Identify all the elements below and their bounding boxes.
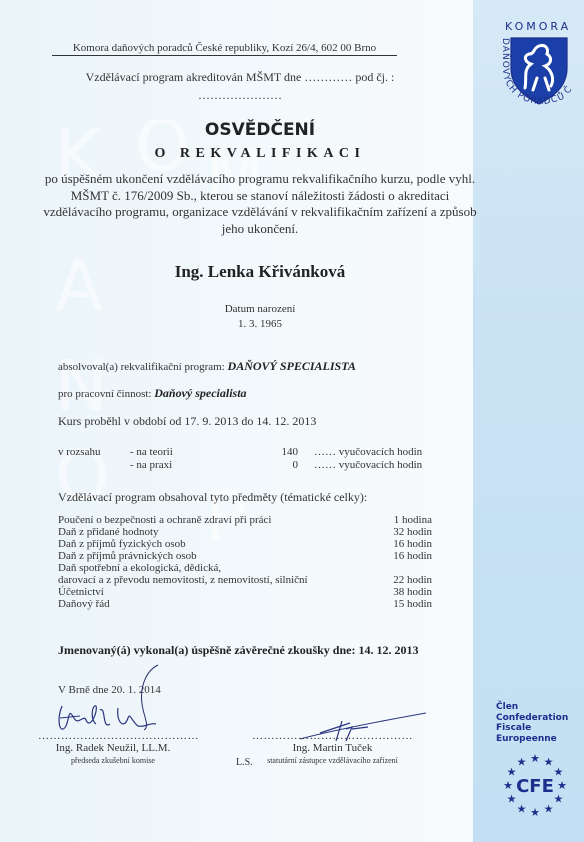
- svg-text:★: ★: [503, 779, 513, 792]
- program-value: DAŇOVÝ SPECIALISTA: [228, 359, 356, 373]
- subjects-heading: Vzdělávací program obsahoval tyto předmě…: [58, 490, 367, 505]
- person-name: Ing. Lenka Křivánková: [40, 262, 480, 282]
- subjects-list: Poučení o bezpečnosti a ochraně zdraví p…: [58, 514, 432, 610]
- subject-row: Daň z přidané hodnoty32 hodin: [58, 526, 432, 538]
- program-label: absolvoval(a) rekvalifikační program:: [58, 361, 228, 373]
- subject-row: Poučení o bezpečnosti a ochraně zdraví p…: [58, 514, 432, 526]
- header-rule: [52, 55, 397, 56]
- svg-text:★: ★: [507, 766, 517, 779]
- dob-value: 1. 3. 1965: [40, 318, 480, 330]
- certificate-subtitle: O REKVALIFIKACI: [40, 146, 480, 162]
- accreditation-block: Vzdělávací program akreditován MŠMT dne …: [60, 68, 420, 104]
- cfe-stars-icon: CFE ★★★★★★★★★★★★: [500, 750, 570, 820]
- svg-text:★: ★: [553, 793, 563, 806]
- activity-value: Daňový specialista: [154, 386, 246, 400]
- subject-hours: 38 hodin: [393, 586, 432, 598]
- svg-text:CFE: CFE: [516, 776, 554, 797]
- exam-line: Jmenovaný(á) vykonal(a) úspěšně závěrečn…: [58, 643, 418, 658]
- subject-hours: 16 hodin: [393, 538, 432, 550]
- subject-hours: 22 hodin: [393, 574, 432, 586]
- header-address: Komora daňových poradců České republiky,…: [52, 42, 397, 54]
- svg-text:★: ★: [544, 756, 554, 769]
- subject-row: Účetnictví38 hodin: [58, 586, 432, 598]
- signatory-role: předseda zkušební komise: [38, 755, 188, 767]
- hours-row-theory: v rozsahu - na teorii 140 …… vyučovacích…: [58, 446, 438, 460]
- hours-kind: - na praxi: [130, 459, 172, 471]
- accreditation-line: Vzdělávací program akreditován MŠMT dne …: [60, 68, 420, 86]
- certificate-title: OSVĚDČENÍ: [40, 120, 480, 140]
- activity-label: pro pracovní činnost:: [58, 388, 154, 400]
- cfe-membership-text: Člen Confederation Fiscale Europeenne: [496, 702, 581, 744]
- subject-hours: 16 hodin: [393, 550, 432, 562]
- subject-row: Daň z příjmů fyzických osob16 hodin: [58, 538, 432, 550]
- place-date: V Brně dne 20. 1. 2014: [58, 684, 161, 696]
- subject-name: Účetnictví: [58, 586, 104, 598]
- subject-row: darovací a z převodu nemovitostí, z nemo…: [58, 574, 432, 586]
- subject-name: darovací a z převodu nemovitostí, z nemo…: [58, 574, 308, 586]
- signatory-chair: …………………………………… Ing. Radek Neužil, LL.M. …: [38, 731, 188, 767]
- dob-label: Datum narození: [40, 303, 480, 315]
- signatory-name: Ing. Radek Neužil, LL.M.: [38, 741, 188, 755]
- hours-kind: - na teorii: [130, 446, 173, 458]
- hours-unit: …… vyučovacích hodin: [314, 459, 422, 471]
- subject-name: Daň z přidané hodnoty: [58, 526, 159, 538]
- lion-shield-icon: KOMORA DAŇOVÝCH PORADCŮ ČR: [495, 18, 579, 118]
- subject-name: Daňový řád: [58, 598, 110, 610]
- hours-row-practice: - na praxi 0 …… vyučovacích hodin: [58, 459, 438, 473]
- signature-left-icon: [40, 660, 180, 740]
- svg-text:★: ★: [553, 766, 563, 779]
- cfe-line: Fiscale: [496, 723, 581, 734]
- subject-name: Poučení o bezpečnosti a ochraně zdraví p…: [58, 514, 272, 526]
- svg-text:★: ★: [507, 793, 517, 806]
- hours-value: 0: [258, 459, 298, 471]
- program-line: absolvoval(a) rekvalifikační program: DA…: [58, 359, 356, 374]
- subject-row: Daňový řád15 hodin: [58, 598, 432, 610]
- hours-value: 140: [258, 446, 298, 458]
- subject-hours: 1 hodina: [394, 514, 432, 526]
- course-period: Kurs proběhl v období od 17. 9. 2013 do …: [58, 414, 316, 429]
- cfe-line: Člen: [496, 702, 581, 713]
- svg-text:★: ★: [557, 779, 567, 792]
- signatory-role: statutární zástupce vzdělávacího zařízen…: [245, 755, 420, 767]
- signature-line: ……………………………………: [245, 731, 420, 741]
- hours-label: v rozsahu: [58, 446, 100, 458]
- subject-name: Daň z příjmů fyzických osob: [58, 538, 186, 550]
- signatory-director: …………………………………… Ing. Martin Tuček statutá…: [245, 731, 420, 767]
- svg-text:★: ★: [530, 806, 540, 819]
- svg-text:★: ★: [517, 756, 527, 769]
- hours-unit: …… vyučovacích hodin: [314, 446, 422, 458]
- subject-name: Daň z příjmů právnických osob: [58, 550, 197, 562]
- subject-name: Daň spotřební a ekologická, dědická,: [58, 562, 221, 574]
- subject-hours: 15 hodin: [393, 598, 432, 610]
- activity-line: pro pracovní činnost: Daňový specialista: [58, 386, 247, 401]
- cfe-line: Europeenne: [496, 734, 581, 745]
- cfe-line: Confederation: [496, 713, 581, 724]
- svg-text:★: ★: [517, 802, 527, 815]
- signatory-name: Ing. Martin Tuček: [245, 741, 420, 755]
- subject-hours: 32 hodin: [393, 526, 432, 538]
- subject-row: Daň z příjmů právnických osob16 hodin: [58, 550, 432, 562]
- intro-paragraph: po úspěšném ukončení vzdělávacího progra…: [40, 171, 480, 237]
- signature-line: ……………………………………: [38, 731, 188, 741]
- svg-text:KOMORA: KOMORA: [505, 20, 571, 33]
- svg-text:★: ★: [544, 802, 554, 815]
- subject-row: Daň spotřební a ekologická, dědická,: [58, 562, 432, 574]
- accreditation-dots: …………………: [60, 86, 420, 104]
- svg-text:★: ★: [530, 752, 540, 765]
